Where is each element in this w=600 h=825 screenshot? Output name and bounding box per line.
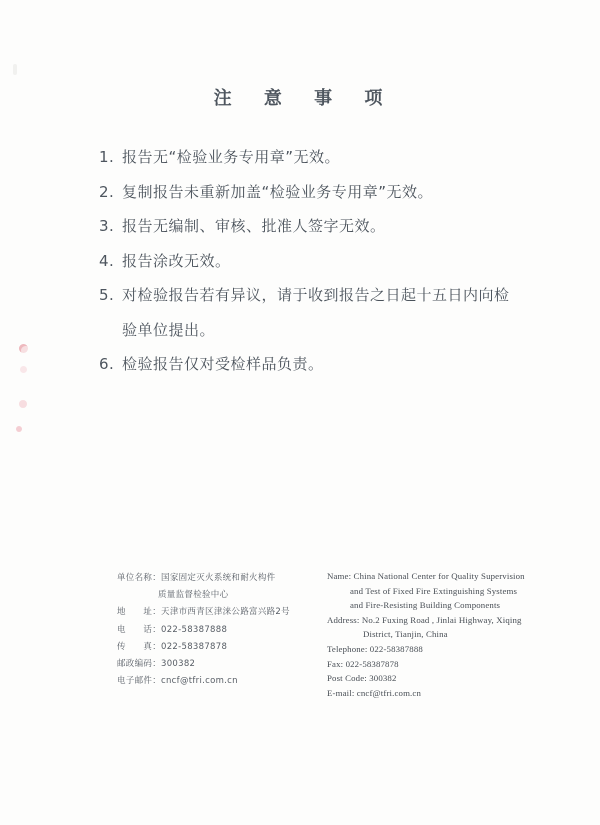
contact-row-address: 地 址： 天津市西青区津涞公路富兴路2号	[117, 604, 332, 621]
contact-value: 质量监督检验中心	[158, 587, 228, 604]
contact-label: 电 话：	[117, 622, 161, 639]
contact-en-fax: Fax: 022-58387878	[327, 657, 549, 672]
contact-block-english: Name: China National Center for Quality …	[327, 569, 549, 700]
page-title: 注 意 事 项	[0, 84, 600, 110]
contact-en-telephone: Telephone: 022-58387888	[327, 642, 549, 657]
notice-item-number: 4.	[99, 244, 122, 279]
notice-item-number: 6.	[99, 347, 122, 382]
contact-en-name-cont-1: and Test of Fixed Fire Extinguishing Sys…	[327, 584, 549, 599]
scan-artifact	[13, 64, 17, 75]
contact-label	[117, 587, 158, 604]
contact-value: 022-58387888	[161, 622, 227, 639]
notice-item-text: 检验报告仅对受检样品负责。	[122, 347, 324, 382]
notice-item-number: 1.	[99, 140, 122, 175]
scan-artifact	[16, 426, 22, 432]
scanned-report-notice-page: 注 意 事 项 1. 报告无“检验业务专用章”无效。 2. 复制报告未重新加盖“…	[0, 0, 600, 825]
contact-row-email: 电子邮件： cncf@tfri.com.cn	[117, 673, 332, 690]
notice-item-text: 复制报告未重新加盖“检验业务专用章”无效。	[122, 175, 433, 210]
contact-label: 传 真：	[117, 639, 161, 656]
contact-label: 单位名称：	[117, 570, 161, 587]
scan-artifact	[19, 400, 27, 408]
contact-label: 电子邮件：	[117, 673, 161, 690]
contact-en-name: Name: China National Center for Quality …	[327, 569, 549, 584]
contact-en-postcode: Post Code: 300382	[327, 671, 549, 686]
contact-value: cncf@tfri.com.cn	[161, 673, 238, 690]
notice-item-number: 5.	[99, 278, 122, 347]
contact-en-address-cont: District, Tianjin, China	[327, 627, 549, 642]
contact-row-unit-name-cont: 质量监督检验中心	[117, 587, 332, 604]
contact-value: 300382	[161, 656, 195, 673]
scan-artifact	[19, 344, 28, 353]
notice-item-6: 6. 检验报告仅对受检样品负责。	[99, 347, 544, 382]
contact-en-name-cont-2: and Fire-Resisting Building Components	[327, 598, 549, 613]
contact-block-chinese: 单位名称： 国家固定灭火系统和耐火构件 质量监督检验中心 地 址： 天津市西青区…	[117, 570, 332, 690]
contact-row-fax: 传 真： 022-58387878	[117, 639, 332, 656]
scan-artifact	[20, 366, 27, 373]
notice-item-text: 对检验报告若有异议，请于收到报告之日起十五日内向检 验单位提出。	[122, 278, 510, 347]
notice-item-text: 报告无编制、审核、批准人签字无效。	[122, 209, 386, 244]
notice-item-text: 报告涂改无效。	[122, 244, 231, 279]
notice-item-text: 报告无“检验业务专用章”无效。	[122, 140, 340, 175]
notice-item-1: 1. 报告无“检验业务专用章”无效。	[99, 140, 544, 175]
notice-item-number: 3.	[99, 209, 122, 244]
contact-row-telephone: 电 话： 022-58387888	[117, 622, 332, 639]
contact-row-postcode: 邮政编码： 300382	[117, 656, 332, 673]
notice-item-4: 4. 报告涂改无效。	[99, 244, 544, 279]
notice-list: 1. 报告无“检验业务专用章”无效。 2. 复制报告未重新加盖“检验业务专用章”…	[99, 140, 544, 382]
contact-label: 邮政编码：	[117, 656, 161, 673]
contact-value: 国家固定灭火系统和耐火构件	[161, 570, 275, 587]
contact-label: 地 址：	[117, 604, 161, 621]
contact-value: 022-58387878	[161, 639, 227, 656]
contact-en-email: E-mail: cncf@tfri.com.cn	[327, 686, 549, 701]
notice-item-3: 3. 报告无编制、审核、批准人签字无效。	[99, 209, 544, 244]
contact-value: 天津市西青区津涞公路富兴路2号	[161, 604, 290, 621]
notice-item-2: 2. 复制报告未重新加盖“检验业务专用章”无效。	[99, 175, 544, 210]
notice-item-5: 5. 对检验报告若有异议，请于收到报告之日起十五日内向检 验单位提出。	[99, 278, 544, 347]
notice-item-number: 2.	[99, 175, 122, 210]
contact-row-unit-name: 单位名称： 国家固定灭火系统和耐火构件	[117, 570, 332, 587]
contact-en-address: Address: No.2 Fuxing Road , Jinlai Highw…	[327, 613, 549, 628]
